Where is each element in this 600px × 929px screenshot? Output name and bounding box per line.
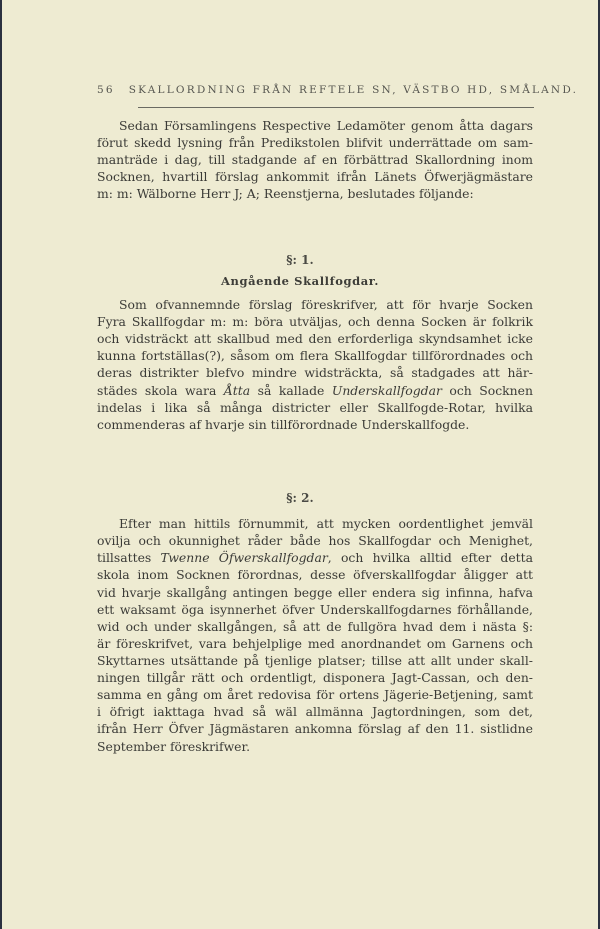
text-line: samma en gång om året redovisa för orten… xyxy=(97,687,533,702)
text-line: ett waksamt öga isynnerhet öfver Undersk… xyxy=(97,602,533,617)
text-line: Skyttarnes utsättande på tjenlige platse… xyxy=(97,653,533,668)
text-line: commenderas af hvarje sin tillförordnade… xyxy=(97,417,533,432)
text-line: wid och under skallgången, så att de ful… xyxy=(97,619,533,634)
section-2-mark: §: 2. xyxy=(0,491,600,505)
text-line: Som ofvannemnde förslag föreskrifver, at… xyxy=(97,297,533,312)
text-line: och vidsträckt att skallbud med den erfo… xyxy=(97,331,533,346)
text-line: vid hvarje skallgång antingen begge elle… xyxy=(97,585,533,600)
text-line: Socknen, hvartill förslag ankommit ifrån… xyxy=(97,169,533,184)
italic-term: Twenne Öfwerskallfogdar xyxy=(161,550,328,565)
section-1-mark: §: 1. xyxy=(0,253,600,267)
italic-term: Underskallfogdar xyxy=(332,383,442,398)
text-line: ningen tillgår rätt och ordentligt, disp… xyxy=(97,670,533,685)
section-1-title: Angående Skallfogdar. xyxy=(0,274,600,288)
text-line: kunna fortställas(?), såsom om flera Ska… xyxy=(97,348,533,363)
text-line: September föreskrifwer. xyxy=(97,739,533,754)
text-line: indelas i lika så många districter eller… xyxy=(97,400,533,415)
text-line: Fyra Skallfogdar m: m: böra utväljas, oc… xyxy=(97,314,533,329)
header-rule xyxy=(138,107,534,108)
text-line: m: m: Wälborne Herr J; A; Reenstjerna, b… xyxy=(97,186,533,201)
text-line: Sedan Församlingens Respective Ledamöter… xyxy=(97,118,533,133)
italic-term: Åtta xyxy=(224,383,250,398)
page-number: 56 xyxy=(97,84,115,96)
text-line: förut skedd lysning från Predikstolen bl… xyxy=(97,135,533,150)
text-line: deras distrikter blefvo mindre widsträck… xyxy=(97,365,533,380)
running-title: SKALLORDNING FRÅN REFTELE SN, VÄSTBO HD,… xyxy=(129,84,578,96)
text-line: ovilja och okunnighet råder både hos Ska… xyxy=(97,533,533,548)
text-line: i öfrigt iakttaga hvad så wäl allmänna J… xyxy=(97,704,533,719)
text-line: Efter man hittils förnummit, att mycken … xyxy=(97,516,533,531)
text-line: ifrån Herr Öfver Jägmästaren ankomna för… xyxy=(97,721,533,736)
document-page: 56SKALLORDNING FRÅN REFTELE SN, VÄSTBO H… xyxy=(0,0,600,929)
running-header: 56SKALLORDNING FRÅN REFTELE SN, VÄSTBO H… xyxy=(97,84,533,96)
text-line: manträde i dag, till stadgande af en för… xyxy=(97,152,533,167)
text-line: är föreskrifvet, vara behjelplige med an… xyxy=(97,636,533,651)
text-line-with-italics: städes skola wara Åtta så kallade Unders… xyxy=(97,383,533,398)
text-line: skola inom Socknen förordnas, desse öfve… xyxy=(97,567,533,582)
text-line-with-italics: tillsattes Twenne Öfwerskallfogdar, och … xyxy=(97,550,533,565)
